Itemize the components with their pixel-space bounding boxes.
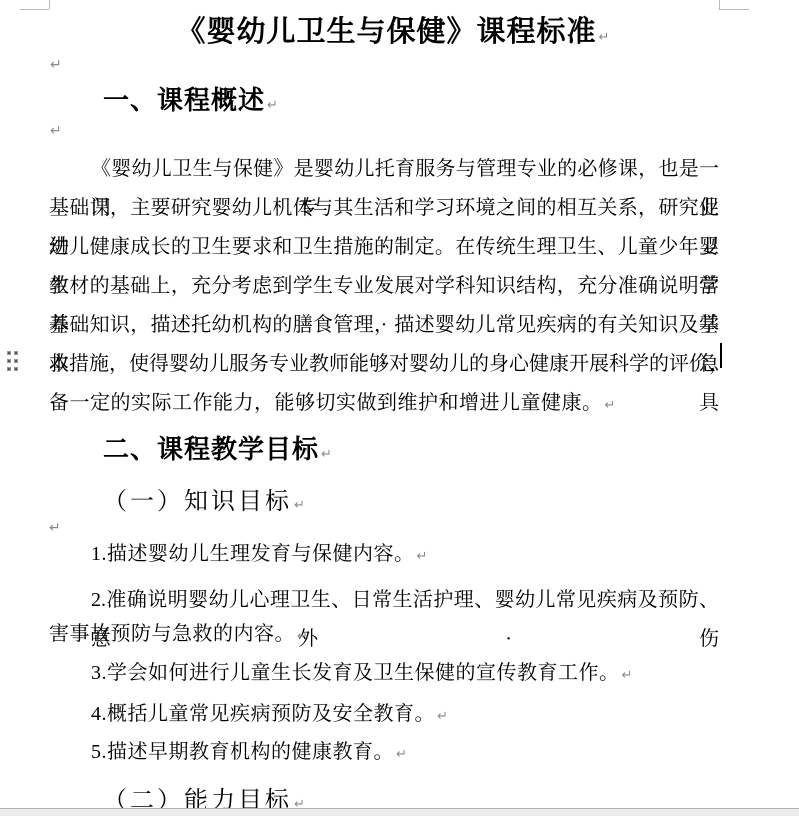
goal-item-text: 害事故预防与急救的内容。 xyxy=(49,623,295,645)
dot xyxy=(14,359,18,363)
paragraph-mark-icon: ↵ xyxy=(294,498,305,513)
goal-item-text: 5.描述早期教育机构的健康教育。 xyxy=(91,741,394,763)
goal-item-continued: 害事故预防与急救的内容。↵ xyxy=(49,621,719,650)
document-title-text: 《婴幼儿卫生与保健》课程标准 xyxy=(177,16,597,48)
goal-item: 1.描述婴幼儿生理发育与保健内容。↵ xyxy=(49,541,761,570)
overview-line: 基础知识，描述托幼机构的膳食管理，描述婴幼儿常见疾病的有关知识及基本·急 xyxy=(49,306,719,345)
text-boundary-mark-top-left-horizontal xyxy=(20,9,49,10)
goal-item: 3.学会如何进行儿童生长发育及卫生保健的宣传教育工作。↵ xyxy=(49,660,761,689)
document-title: 《婴幼儿卫生与保健》课程标准↵ xyxy=(49,14,719,56)
subsection-heading-1: （一）知识目标↵ xyxy=(49,487,773,520)
goal-item-text: 1.描述婴幼儿生理发育与保健内容。 xyxy=(91,543,415,565)
section-heading-2-text: 二、课程教学目标 xyxy=(103,434,319,464)
paragraph-mark-icon: ↵ xyxy=(321,447,332,462)
paragraph-mark-icon: ↵ xyxy=(622,668,633,683)
horizontal-scrollbar-track[interactable] xyxy=(0,808,799,816)
section-heading-2: 二、课程教学目标↵ xyxy=(49,434,773,470)
paragraph-mark-icon: ↵ xyxy=(50,58,62,72)
overview-line-text: 备一定的实际工作能力，能够切实做到维护和增进儿童健康。 xyxy=(49,392,603,414)
word-document-page: 《婴幼儿卫生与保健》课程标准↵ ↵ 一、课程概述↵ ↵ 《婴幼儿卫生与保健》是婴… xyxy=(0,0,799,816)
drag-handle-dots-icon[interactable] xyxy=(7,351,18,372)
text-boundary-mark-top-left-vertical xyxy=(49,0,50,9)
paragraph-mark-icon: ↵ xyxy=(297,629,308,644)
paragraph-mark-icon: ↵ xyxy=(49,521,61,535)
goal-item-text: 3.学会如何进行儿童生长发育及卫生保健的宣传教育工作。 xyxy=(91,662,620,684)
goal-item: 4.概括儿童常见疾病预防及安全教育。↵ xyxy=(49,701,761,730)
text-boundary-mark-top-right-horizontal xyxy=(719,9,749,10)
paragraph-mark-icon: ↵ xyxy=(605,398,616,413)
overview-line: 《婴幼儿卫生与保健》是婴幼儿托育服务与管理专业的必修课，也是一门专·业 xyxy=(49,150,719,189)
overview-line: 基础课，主要研究婴幼儿机体与其生活和学习环境之间的相互关系，研究促进·婴 xyxy=(49,189,719,228)
dot xyxy=(14,367,18,371)
subsection-heading-1-text: （一）知识目标 xyxy=(103,487,292,515)
overview-line: 救措施，使得婴幼儿服务专业教师能够对婴幼儿的身心健康开展科学的评价，·具 xyxy=(49,345,719,384)
section-heading-1: 一、课程概述↵ xyxy=(49,85,773,121)
paragraph-mark-icon: ↵ xyxy=(599,30,610,45)
paragraph-mark-icon: ↵ xyxy=(417,549,428,564)
goal-item: 2.准确说明婴幼儿心理卫生、日常生活护理、婴幼儿常见疾病及预防、意外·伤 xyxy=(49,581,719,620)
overview-line: 备一定的实际工作能力，能够切实做到维护和增进儿童健康。↵ xyxy=(49,384,719,423)
paragraph-mark-icon: ↵ xyxy=(437,709,448,724)
text-boundary-mark-top-right-vertical xyxy=(719,0,720,10)
dot xyxy=(14,351,18,355)
paragraph-mark-icon: ↵ xyxy=(396,747,407,762)
dot xyxy=(7,359,11,363)
goal-item: 5.描述早期教育机构的健康教育。↵ xyxy=(49,739,761,768)
overview-line: 幼儿健康成长的卫生要求和卫生措施的制定。在传统生理卫生、儿童少年卫生·学 xyxy=(49,228,719,267)
dot xyxy=(7,367,11,371)
overview-line: 教材的基础上，充分考虑到学生专业发展对学科知识结构，充分准确说明营养·学 xyxy=(49,267,719,306)
paragraph-mark-icon: ↵ xyxy=(50,124,62,138)
section-heading-1-text: 一、课程概述 xyxy=(103,85,265,115)
goal-item-text: 4.概括儿童常见疾病预防及安全教育。 xyxy=(91,703,435,725)
paragraph-mark-icon: ↵ xyxy=(267,98,278,113)
dot xyxy=(7,351,11,355)
text-cursor xyxy=(720,343,722,368)
